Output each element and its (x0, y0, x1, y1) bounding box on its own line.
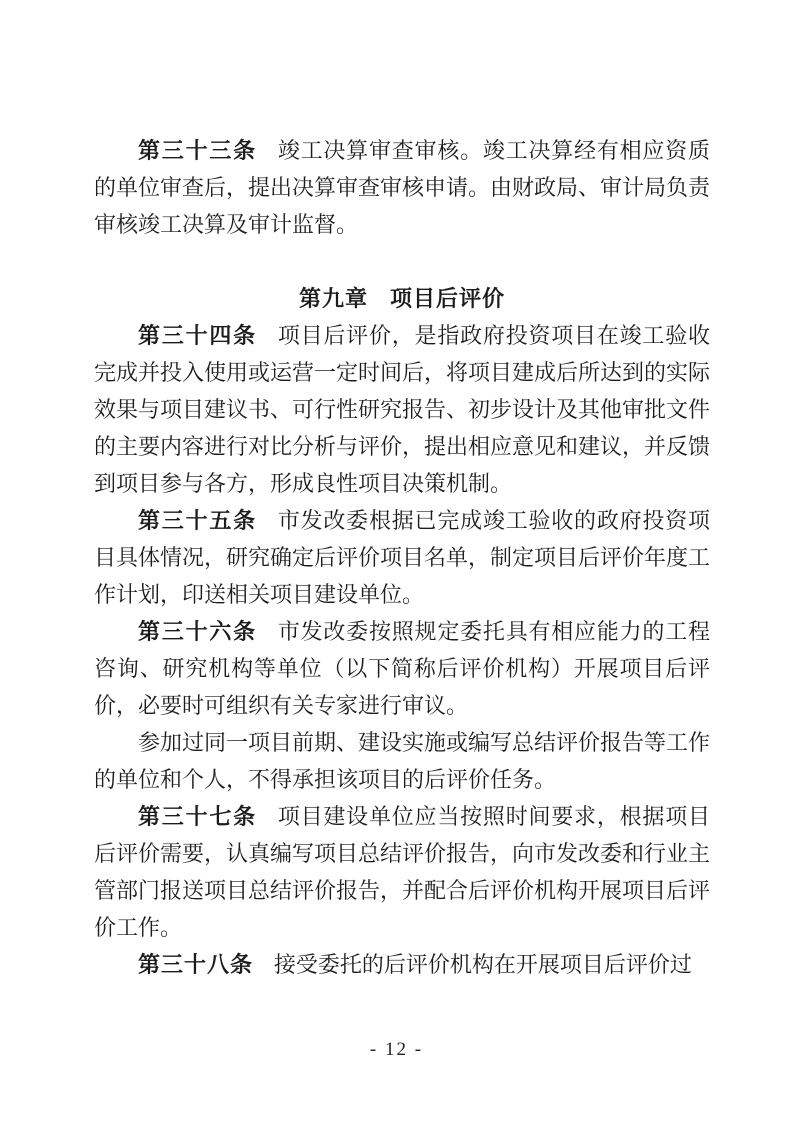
article-36-paragraph: 第三十六条市发改委按照规定委托具有相应能力的工程咨询、研究机构等单位（以下简称后… (94, 613, 710, 724)
article-36-paragraph-2: 参加过同一项目前期、建设实施或编写总结评价报告等工作的单位和个人，不得承担该项目… (94, 724, 710, 798)
article-38-paragraph: 第三十八条接受委托的后评价机构在开展项目后评价过 (94, 946, 710, 983)
article-34-paragraph: 第三十四条项目后评价，是指政府投资项目在竣工验收完成并投入使用或运营一定时间后，… (94, 317, 710, 502)
article-37-paragraph: 第三十七条项目建设单位应当按照时间要求，根据项目后评价需要，认真编写项目总结评价… (94, 798, 710, 946)
article-36-term: 第三十六条 (138, 619, 257, 644)
document-body: 第三十三条竣工决算审查审核。竣工决算经有相应资质的单位审查后，提出决算审查审核申… (94, 132, 710, 983)
chapter-heading: 第九章项目后评价 (94, 280, 710, 317)
article-33-paragraph: 第三十三条竣工决算审查审核。竣工决算经有相应资质的单位审查后，提出决算审查审核申… (94, 132, 710, 243)
article-35-paragraph: 第三十五条市发改委根据已完成竣工验收的政府投资项目具体情况，研究确定后评价项目名… (94, 502, 710, 613)
article-37-term: 第三十七条 (138, 804, 257, 829)
page-number: - 12 - (0, 1040, 793, 1059)
article-38-term: 第三十八条 (138, 952, 253, 977)
chapter-title: 项目后评价 (390, 286, 505, 311)
article-33-term: 第三十三条 (138, 138, 257, 163)
document-page: 第三十三条竣工决算审查审核。竣工决算经有相应资质的单位审查后，提出决算审查审核申… (0, 0, 793, 1122)
article-34-term: 第三十四条 (138, 323, 257, 348)
article-34-text: 项目后评价，是指政府投资项目在竣工验收完成并投入使用或运营一定时间后，将项目建成… (94, 323, 710, 496)
chapter-number: 第九章 (299, 286, 368, 311)
article-38-text: 接受委托的后评价机构在开展项目后评价过 (274, 952, 692, 977)
article-36-paragraph-2-text: 参加过同一项目前期、建设实施或编写总结评价报告等工作的单位和个人，不得承担该项目… (94, 730, 710, 792)
article-35-term: 第三十五条 (138, 508, 257, 533)
